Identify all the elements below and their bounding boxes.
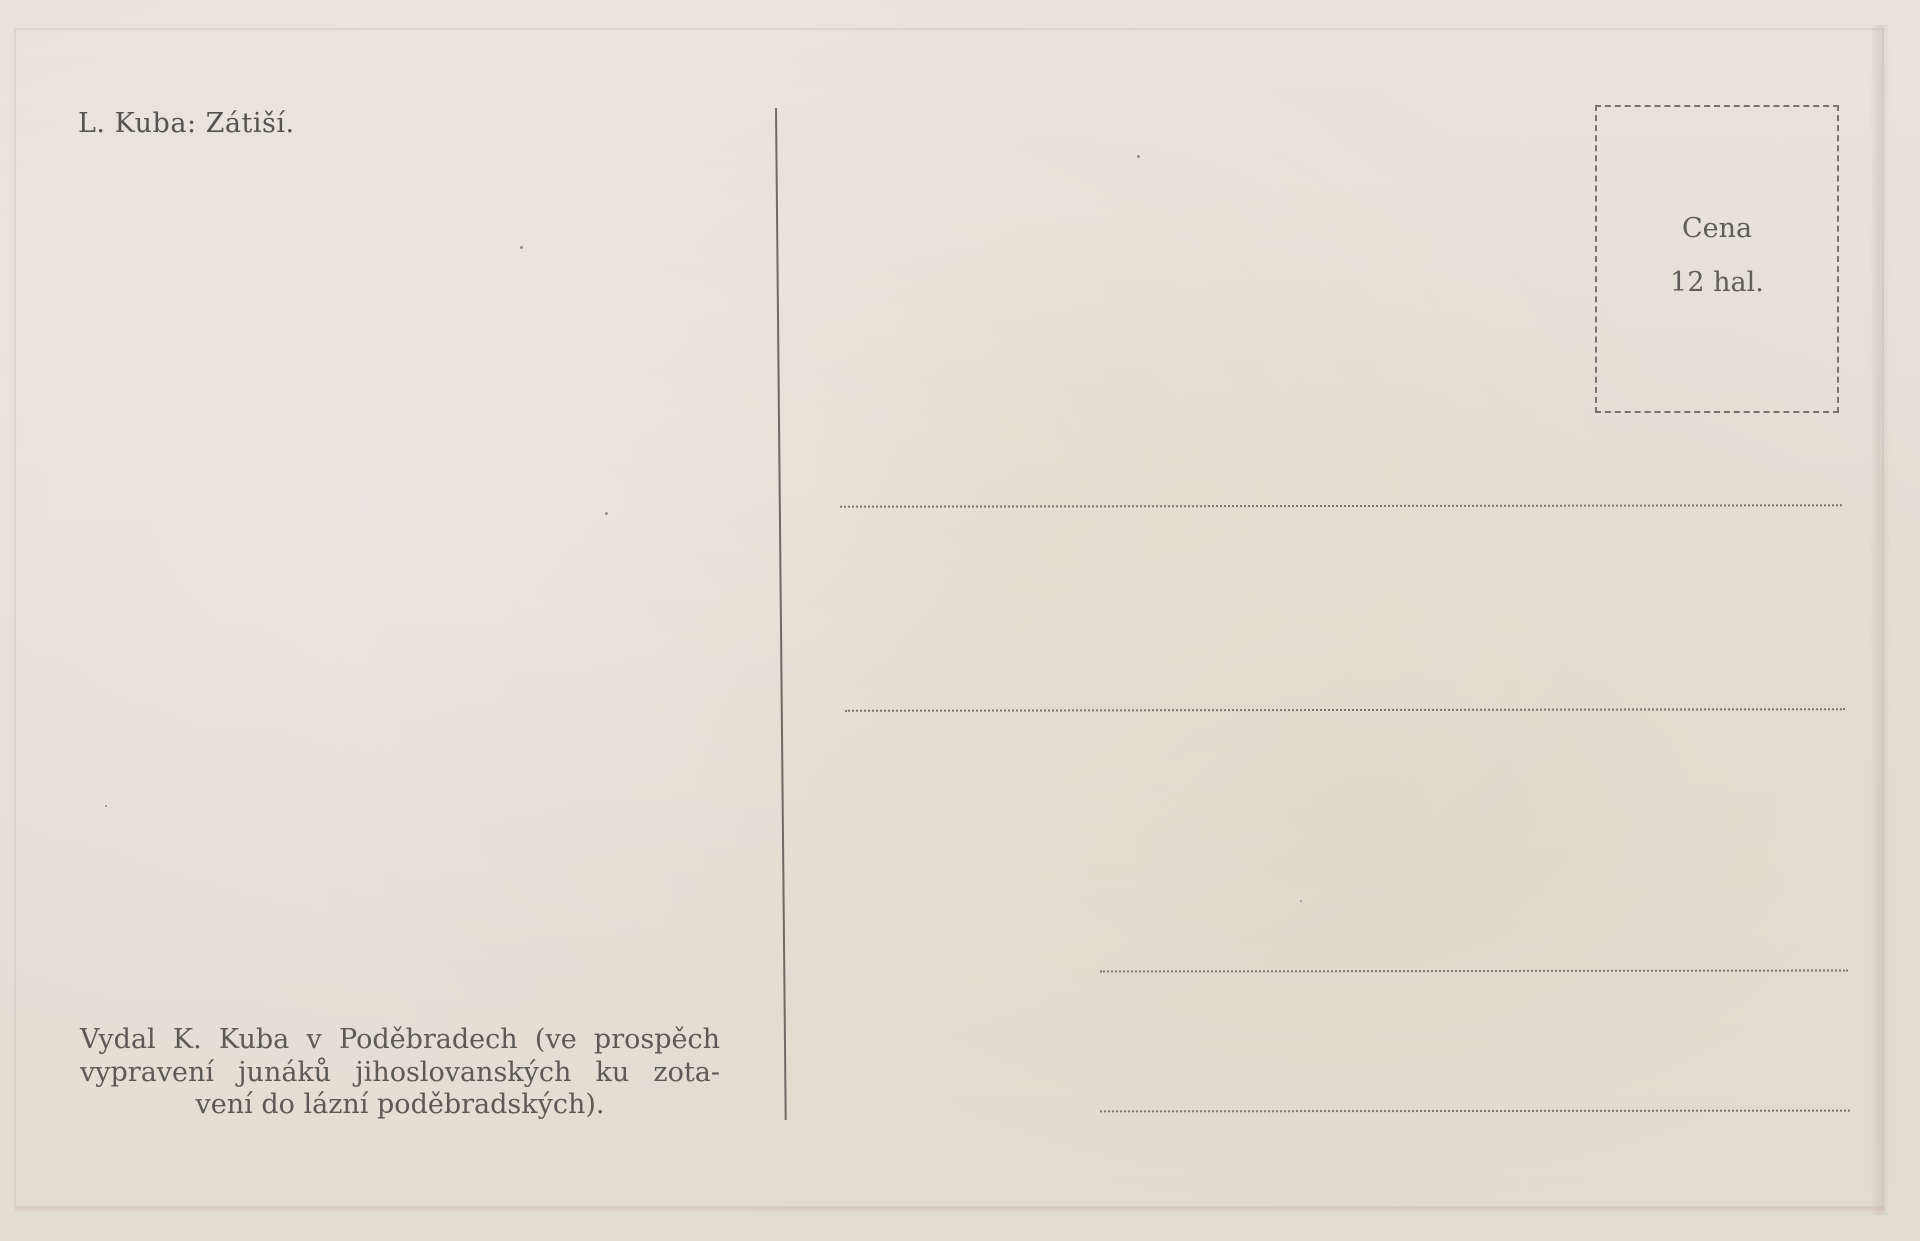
paper-speck [1137, 155, 1140, 158]
publisher-line-3: vení do lázní poděbradských). [80, 1089, 720, 1122]
artwork-title: L. Kuba: Zátiší. [78, 108, 295, 139]
publisher-imprint: Vydal K. Kuba v Poděbradech (ve prospěch… [80, 1024, 720, 1122]
publisher-line-1: Vydal K. Kuba v Poděbradech (ve prospěch [80, 1024, 720, 1057]
edge-shade-right [1870, 25, 1890, 1215]
edge-shade-bottom [15, 1206, 1885, 1212]
publisher-line-2: vypravení junáků jihoslovanských ku zota… [80, 1057, 720, 1090]
stamp-box: Cena 12 hal. [1595, 105, 1839, 413]
paper-speck [605, 512, 608, 515]
paper-speck [105, 805, 107, 807]
postcard: L. Kuba: Zátiší. Vydal K. Kuba v Poděbra… [0, 0, 1920, 1241]
stamp-price-value: 12 hal. [1597, 267, 1837, 298]
stamp-price-label: Cena [1597, 213, 1837, 244]
paper-speck [1300, 900, 1302, 902]
paper-speck [520, 246, 523, 249]
